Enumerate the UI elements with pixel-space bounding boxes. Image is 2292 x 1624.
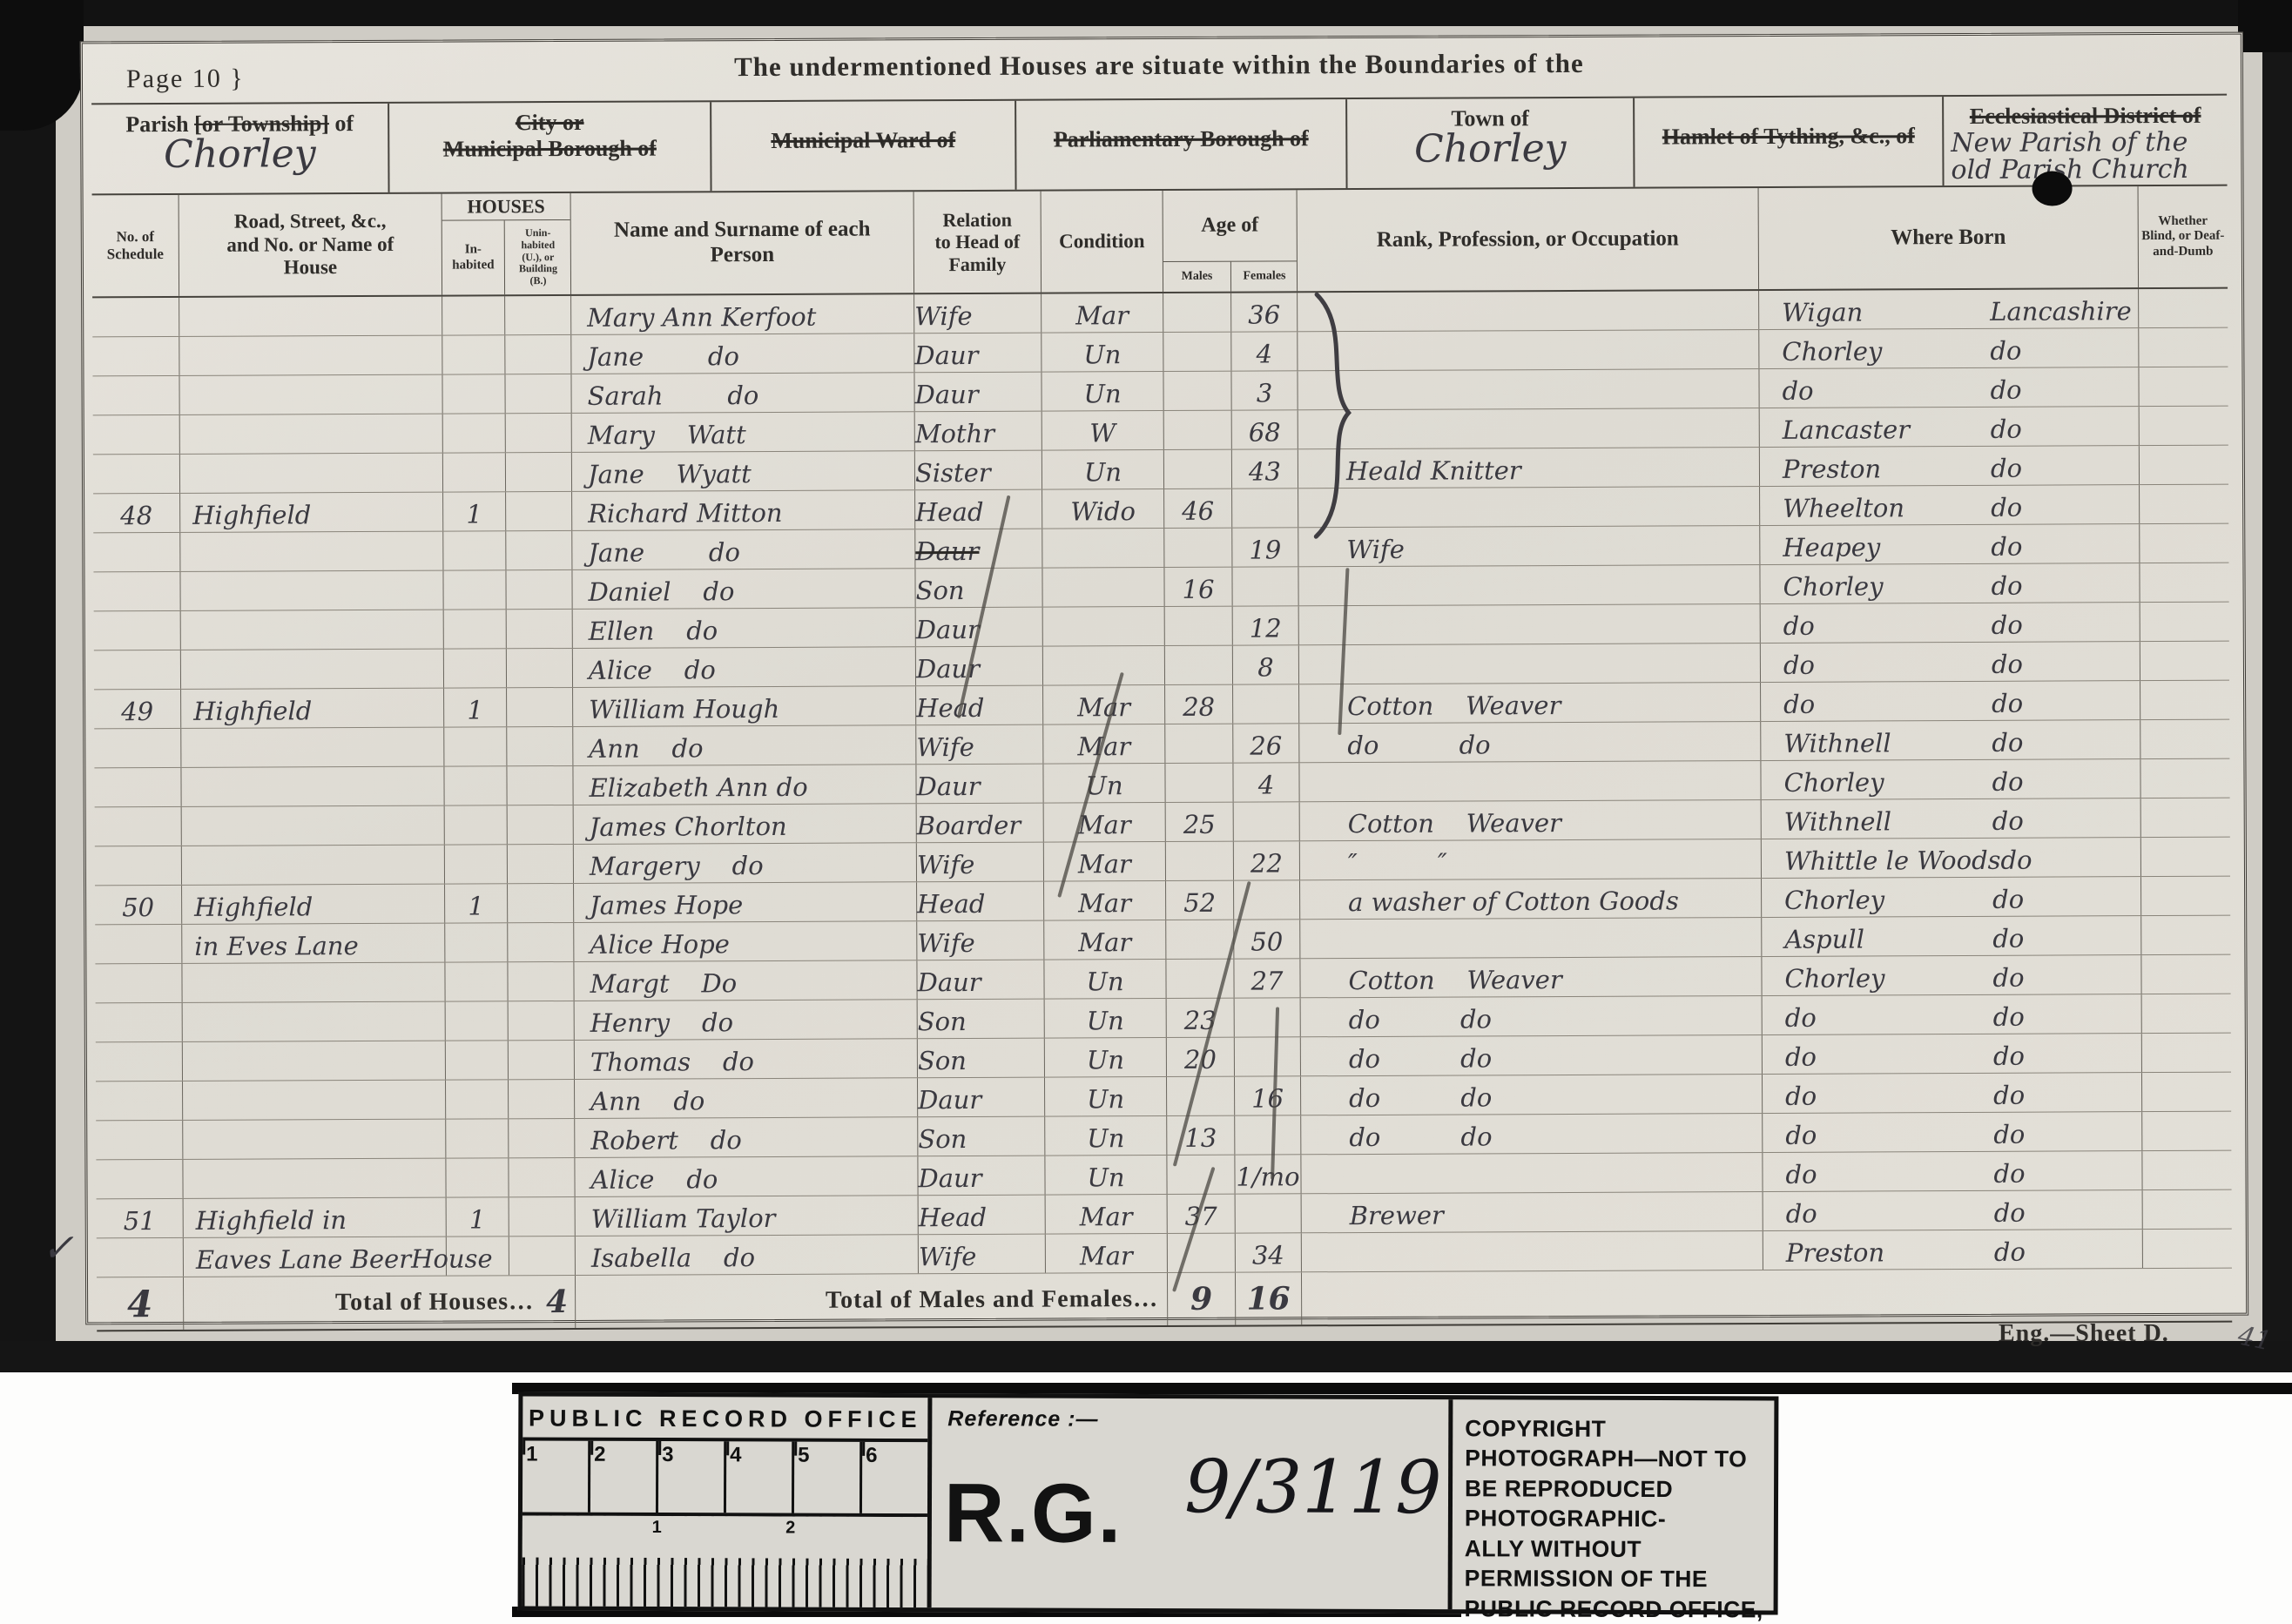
cell-uninhabited [509, 1001, 575, 1040]
born-county: do [2000, 847, 2140, 877]
cell-infirmity [2141, 916, 2230, 954]
cell-uninhabited [508, 845, 574, 883]
cell-condition: Un [1045, 1116, 1167, 1156]
cell-name: Henry do [575, 1000, 918, 1040]
district-label: Hamlet of Tything, &c., of [1635, 123, 1942, 150]
cell-age-male [1164, 411, 1232, 449]
cell-road [183, 1120, 446, 1159]
cell-infirmity [2140, 603, 2229, 641]
cell-name-text: Sarah do [572, 383, 759, 413]
cell-condition-text: Mar [1078, 812, 1131, 841]
cell-born: Chorleydo [1760, 563, 2140, 603]
cell-uninhabited [509, 1080, 575, 1118]
cell-name-text: Isabella do [576, 1245, 755, 1275]
cell-name-text: Mary Ann Kerfoot [571, 305, 816, 334]
cell-name: Jane Wyatt [572, 451, 915, 491]
cell-age-female [1235, 998, 1301, 1036]
cell-occupation: do do [1301, 996, 1763, 1036]
cell-inhabited [444, 766, 507, 805]
cell-born: Prestondo [1763, 1230, 2143, 1270]
cell-condition-text: Un [1087, 1126, 1124, 1155]
cell-infirmity [2142, 1034, 2231, 1072]
cell-relation: Daur [915, 529, 1042, 569]
cell-born: Chorleydo [1762, 955, 2141, 995]
cell-infirmity [2141, 877, 2230, 915]
cell-occupation [1298, 487, 1760, 527]
cell-condition: Un [1045, 999, 1167, 1038]
cell-born: Wheeltondo [1760, 485, 2140, 525]
sheet-series-note: Eng.—Sheet D. [1999, 1320, 2169, 1348]
cell-age-female: 22 [1234, 841, 1300, 879]
cell-inhabited [446, 1158, 509, 1196]
cell-road-text: Highfield [181, 698, 312, 728]
cell-relation: Head [919, 1196, 1046, 1235]
born-place: Preston [1760, 456, 1991, 486]
born-place: Chorley [1761, 770, 1992, 799]
cell-condition: Un [1045, 1038, 1167, 1077]
cell-name-text: Thomas do [575, 1049, 754, 1079]
cell-name-text: Robert do [575, 1128, 742, 1157]
cell-born: dodo [1759, 367, 2139, 408]
cell-name: Margt Do [574, 960, 917, 1001]
census-entries: Mary Ann KerfootWifeMar36WiganLancashire… [92, 289, 2232, 1278]
born-place: do [1763, 1162, 1993, 1191]
cell-age-female: 16 [1235, 1076, 1301, 1115]
cell-relation-text: Son [918, 1127, 967, 1156]
cell-uninhabited [506, 570, 572, 609]
cell-relation-text: Head [917, 892, 985, 920]
district-value-handwritten: Chorley [91, 137, 388, 172]
cell-schedule [96, 1121, 183, 1159]
cell-infirmity [2140, 407, 2228, 445]
cell-uninhabited [505, 296, 571, 334]
cell-inhabited-text: 1 [468, 893, 484, 922]
cell-infirmity [2143, 1230, 2232, 1268]
col-born: Where Born [1759, 186, 2140, 289]
cell-relation-text: Mothr [915, 421, 995, 450]
cell-uninhabited [509, 1158, 575, 1196]
cell-schedule [95, 964, 182, 1002]
born-county: do [1992, 886, 2140, 916]
stamp-ruler: PUBLIC RECORD OFFICE 123456 1 2 [522, 1396, 933, 1607]
cell-age-male-text: 52 [1183, 891, 1216, 920]
column-header-row: No. of Schedule Road, Street, &c., and N… [92, 186, 2228, 299]
cell-schedule: 50 [95, 886, 182, 924]
cell-relation: Son [918, 1000, 1045, 1039]
cell-inhabited [444, 610, 507, 648]
cell-age-female: 4 [1233, 763, 1299, 801]
total-houses-value: 4 [546, 1284, 568, 1320]
col-females: Females [1231, 261, 1298, 291]
cell-inhabited [446, 1119, 509, 1157]
cell-schedule-text: 48 [120, 503, 152, 532]
cell-uninhabited [505, 335, 571, 374]
cell-relation-text: Son [918, 1009, 967, 1038]
cell-infirmity [2142, 994, 2231, 1033]
cell-condition-text: Mar [1080, 1204, 1133, 1233]
cell-relation-text: Sister [915, 461, 991, 489]
born-county: do [1994, 1200, 2142, 1230]
cell-occupation: Cotton Weaver [1300, 800, 1762, 840]
cell-condition-text: Un [1084, 460, 1122, 489]
cell-schedule-text: 50 [122, 895, 154, 924]
born-county: do [1992, 612, 2140, 642]
cell-occupation: do do [1299, 722, 1761, 762]
cell-uninhabited [506, 453, 572, 491]
cell-uninhabited [509, 1041, 575, 1079]
cell-schedule [94, 768, 181, 806]
cell-occupation [1300, 918, 1762, 958]
cell-name: Ann do [575, 1078, 918, 1118]
cell-uninhabited [506, 414, 572, 452]
col-name: Name and Surname of each Person [571, 192, 915, 294]
cell-age-male: 16 [1164, 568, 1232, 606]
cell-relation-text: Daur [915, 539, 979, 568]
cell-occupation [1298, 291, 1759, 331]
cell-age-male: 46 [1164, 489, 1232, 528]
born-county: do [1994, 1239, 2142, 1269]
cell-relation: Mothr [915, 412, 1042, 451]
col-relation: Relation to Head of Family [914, 192, 1042, 293]
cell-occupation: Brewer [1302, 1192, 1763, 1232]
film-edge-right [2262, 0, 2292, 1358]
col-age-title: Age of [1163, 190, 1297, 261]
cell-uninhabited [508, 884, 574, 922]
cell-age-female-text: 19 [1249, 537, 1281, 566]
film-edge-top [0, 0, 2292, 26]
total-houses: Total of Houses… 4 [184, 1276, 576, 1330]
cell-infirmity [2140, 759, 2229, 798]
born-county: Lancashire [1990, 299, 2138, 328]
cell-born: dodo [1763, 1151, 2142, 1191]
born-place: do [1763, 1122, 1993, 1152]
cell-name: Alice do [573, 647, 916, 687]
stamp-reference-panel: Reference :— R.G. 9/3119 [932, 1398, 1453, 1609]
born-place: Whittle le Woods [1762, 848, 2001, 878]
cell-born: Lancasterdo [1760, 407, 2140, 447]
cell-schedule [93, 455, 180, 493]
cell-name: Richard Mitton [572, 490, 915, 530]
cell-occupation [1298, 330, 1759, 370]
ruler-number: 1 [522, 1440, 590, 1512]
total-males-females-label-cell: Total of Males and Females… [576, 1273, 1168, 1328]
cell-uninhabited [507, 766, 573, 805]
cell-road [180, 571, 443, 610]
cell-road: Highfield [180, 493, 443, 532]
cell-condition-text: Mar [1077, 695, 1130, 724]
cell-road: Eaves Lane BeerHouse [184, 1237, 447, 1277]
cell-occupation: Wife [1298, 526, 1760, 566]
cell-road-text: in Eves Lane [182, 933, 359, 963]
cell-occupation-text: ″ ″ [1300, 851, 1447, 880]
cell-schedule [92, 298, 179, 336]
cell-name: Ellen do [573, 608, 916, 648]
cell-schedule: 48 [93, 494, 180, 532]
cell-born: Prestondo [1760, 446, 2140, 486]
cell-infirmity [2143, 1190, 2232, 1229]
cell-age-female: 8 [1233, 645, 1299, 684]
reference-label: Reference :— [947, 1406, 1098, 1432]
cell-inhabited-text: 1 [466, 502, 482, 530]
cell-inhabited [446, 1041, 509, 1079]
cell-relation-text: Daur [916, 774, 980, 803]
cell-occupation-text: Brewer [1302, 1203, 1444, 1233]
cell-age-male: 25 [1166, 803, 1234, 841]
cell-born: Withnelldo [1762, 799, 2141, 839]
cell-condition: Un [1042, 333, 1163, 372]
page-header: Page 10 } The undermentioned Houses are … [91, 40, 2227, 104]
cell-schedule: 51 [97, 1199, 184, 1237]
cell-uninhabited [509, 1197, 576, 1236]
district-municipal-ward: Municipal Ward of [711, 101, 1016, 192]
cell-age-male-text: 46 [1182, 499, 1214, 528]
cell-occupation-text: Cotton Weaver [1300, 967, 1561, 997]
born-place: do [1761, 652, 1992, 682]
born-place: Chorley [1762, 887, 1992, 917]
col-infirmity: Whether Blind, or Deaf- and-Dumb [2139, 186, 2228, 287]
cell-relation: Son [918, 1117, 1045, 1156]
cell-relation: Wife [917, 921, 1044, 960]
census-sheet: Page 10 } The undermentioned Houses are … [80, 32, 2248, 1325]
born-place: do [1763, 1044, 1993, 1074]
cell-uninhabited [509, 1237, 576, 1275]
cell-name-text: Jane Wyatt [572, 462, 752, 491]
cell-schedule [92, 376, 179, 414]
scanned-census-document: Page 10 } The undermentioned Houses are … [0, 0, 2292, 1624]
cell-relation: Daur [914, 334, 1042, 373]
cell-road [182, 806, 445, 846]
cell-relation: Daur [918, 1078, 1045, 1117]
cell-born: dodo [1761, 642, 2140, 682]
cell-name-text: Jane do [571, 344, 739, 374]
cell-name: James Chorlton [574, 804, 917, 844]
cell-infirmity [2141, 955, 2230, 994]
cell-relation-text: Daur [918, 1166, 981, 1195]
cell-age-female [1232, 489, 1298, 527]
born-place: Preston [1763, 1240, 1994, 1270]
cell-age-female [1235, 1037, 1301, 1075]
district-label: Municipal Ward of [711, 127, 1015, 154]
cell-occupation-text: do do [1301, 1007, 1492, 1036]
cell-relation: Daur [917, 960, 1044, 1000]
cell-inhabited [446, 1001, 509, 1040]
born-place: do [1763, 1005, 1993, 1034]
born-county: do [1992, 691, 2140, 720]
cell-relation-text: Daur [916, 617, 980, 646]
cell-relation-text: Head [915, 500, 983, 529]
cell-condition-text: Un [1083, 381, 1121, 410]
ruler-number: 2 [590, 1441, 658, 1513]
cell-relation-text: Wife [917, 852, 975, 881]
cell-age-male [1165, 607, 1233, 645]
cell-name-text: Ellen do [573, 618, 718, 648]
cell-schedule [95, 846, 182, 885]
cell-relation: Daur [914, 373, 1042, 412]
cell-occupation-text: a washer of Cotton Goods [1300, 888, 1679, 919]
born-county: do [1991, 416, 2139, 446]
born-place: do [1761, 613, 1992, 643]
col-age-group: Age of Males Females [1163, 190, 1298, 292]
cell-road [181, 728, 444, 767]
cell-infirmity [2142, 1073, 2231, 1111]
born-county: do [1991, 377, 2139, 407]
cell-name-text: William Hough [573, 697, 779, 726]
cell-occupation: do do [1301, 1114, 1763, 1154]
born-place: Chorley [1762, 966, 1992, 995]
cell-uninhabited [508, 962, 574, 1001]
district-header-row: Parish [or Township] of Chorley City or … [91, 94, 2227, 196]
cell-relation-text: Head [919, 1205, 987, 1234]
col-uninhabited: Unin- habited (U.), or Building (B.) [505, 220, 571, 294]
cell-name-text: Ann do [575, 1088, 704, 1118]
cell-age-female: 34 [1236, 1233, 1302, 1271]
cell-occupation-text: Cotton Weaver [1300, 811, 1561, 840]
cell-occupation-text: do do [1301, 1046, 1492, 1075]
cell-inhabited [442, 374, 505, 413]
born-place: Chorley [1759, 339, 1990, 368]
cell-inhabited: 1 [447, 1197, 509, 1236]
born-county: do [1992, 730, 2140, 759]
cell-age-male [1164, 450, 1232, 489]
cell-age-male [1166, 842, 1234, 880]
cell-born: dodo [1763, 1190, 2143, 1230]
film-edge-bottom [0, 1341, 2292, 1372]
cell-condition: Un [1045, 1156, 1167, 1195]
cell-schedule [97, 1238, 184, 1277]
cell-condition: Mar [1043, 685, 1165, 724]
cell-road [183, 1041, 446, 1081]
cell-relation-text: Wife [917, 931, 975, 960]
cell-road: Highfield [181, 689, 444, 728]
cell-relation: Boarder [917, 804, 1044, 843]
district-parish: Parish [or Township] of Chorley [91, 104, 389, 193]
cell-condition: Un [1043, 764, 1165, 803]
born-county: do [1992, 965, 2140, 994]
born-county: do [1992, 926, 2140, 955]
cell-occupation: a washer of Cotton Goods [1300, 879, 1762, 919]
cell-age-female: 27 [1234, 959, 1300, 997]
cell-name: Daniel do [572, 569, 915, 609]
totals-blank [1302, 1269, 2232, 1325]
cell-condition-text: Un [1087, 1087, 1124, 1115]
cell-condition: Mar [1046, 1195, 1168, 1234]
cell-schedule [93, 533, 180, 571]
cell-age-female: 12 [1233, 606, 1299, 644]
cell-occupation [1299, 644, 1761, 684]
cell-name: Thomas do [575, 1039, 918, 1079]
cell-infirmity [2140, 563, 2228, 602]
cell-age-female: 1/mo [1235, 1155, 1301, 1193]
cell-age-male: 28 [1165, 685, 1233, 724]
reference-series: R.G. [944, 1466, 1123, 1562]
born-county: do [1993, 1043, 2141, 1073]
cell-road [179, 336, 442, 375]
col-schedule: No. of Schedule [92, 195, 180, 296]
cell-inhabited [444, 649, 507, 687]
cell-relation-text: Son [918, 1048, 967, 1077]
cell-road: Highfield in [184, 1198, 447, 1237]
totals-margin-figure: 4 [97, 1277, 184, 1330]
cell-born: WiganLancashire [1759, 289, 2139, 329]
cell-relation-text: Wife [919, 1244, 977, 1273]
cell-name-text: Margery do [574, 853, 764, 883]
cell-road [179, 375, 442, 414]
born-place: Withnell [1761, 731, 1992, 760]
cell-road [180, 532, 443, 571]
cell-condition-text: Un [1083, 342, 1121, 371]
cell-condition: Mar [1044, 842, 1166, 881]
cell-condition-text: Mar [1080, 1243, 1133, 1272]
cell-inhabited [445, 962, 508, 1001]
cell-name-text: Margt Do [574, 971, 737, 1001]
sheet-title: The undermentioned Houses are situate wi… [91, 45, 2227, 86]
cell-infirmity [2140, 642, 2229, 680]
cell-occupation [1301, 1153, 1763, 1193]
cell-condition: Un [1044, 960, 1166, 999]
born-place: do [1763, 1201, 1994, 1230]
cell-age-female-text: 4 [1258, 772, 1275, 801]
stamp-copyright-notice: COPYRIGHT PHOTOGRAPH—NOT TO BE REPRODUCE… [1453, 1399, 1775, 1610]
cell-schedule [96, 1082, 183, 1120]
cell-inhabited [443, 531, 506, 569]
district-ecclesiastical: Ecclesiastical District of New Parish of… [1944, 96, 2227, 185]
cell-condition: Mar [1044, 920, 1166, 960]
cell-occupation-text: do do [1301, 1085, 1492, 1115]
cell-age-female-text: 43 [1249, 459, 1281, 488]
stamp-office-title: PUBLIC RECORD OFFICE [522, 1396, 927, 1442]
cell-age-female: 43 [1232, 449, 1298, 488]
born-place: do [1761, 691, 1992, 721]
district-label: City or Municipal Borough of [389, 109, 710, 162]
born-place: Wigan [1759, 300, 1990, 329]
cell-name: Jane do [571, 334, 914, 374]
corner-pen-marks: 41 [2235, 1320, 2275, 1357]
cell-name: Jane do [572, 529, 915, 569]
cell-infirmity [2139, 367, 2228, 406]
cell-relation: Head [915, 490, 1042, 529]
public-record-office-stamp: PUBLIC RECORD OFFICE 123456 1 2 Referenc… [518, 1392, 1779, 1614]
cell-schedule-text: 49 [121, 699, 153, 728]
cell-name: James Hope [574, 882, 917, 922]
col-condition: Condition [1042, 191, 1164, 293]
cell-name-text: Elizabeth Ann do [573, 775, 807, 805]
cell-road [180, 414, 443, 454]
cell-relation-text: Daur [915, 382, 979, 411]
cell-name-text: Alice Hope [574, 932, 730, 961]
cell-age-male: 23 [1167, 999, 1235, 1037]
cell-condition-text: Un [1087, 1048, 1124, 1076]
cell-age-female-text: 68 [1249, 420, 1281, 448]
cell-uninhabited [508, 805, 574, 844]
district-town: Town of Chorley [1347, 98, 1635, 188]
cell-inhabited [445, 923, 508, 961]
cell-name: Mary Ann Kerfoot [571, 294, 914, 334]
born-place: do [1763, 1083, 1993, 1113]
cell-road [182, 963, 445, 1002]
col-road: Road, Street, &c., and No. or Name of Ho… [179, 194, 443, 296]
cell-age-female: 3 [1231, 371, 1298, 409]
total-houses-label: Total of Houses… [335, 1288, 534, 1317]
cell-age-female [1235, 1115, 1301, 1154]
cell-relation-text: Wife [914, 304, 973, 333]
district-label: Parliamentary Borough of [1016, 125, 1345, 153]
cell-schedule [93, 572, 180, 610]
cell-born: dodo [1761, 603, 2140, 643]
cell-inhabited [446, 1080, 509, 1118]
cell-condition-text: Mar [1078, 930, 1131, 959]
cell-relation: Wife [919, 1235, 1046, 1274]
cell-relation-text: Head [916, 696, 984, 724]
